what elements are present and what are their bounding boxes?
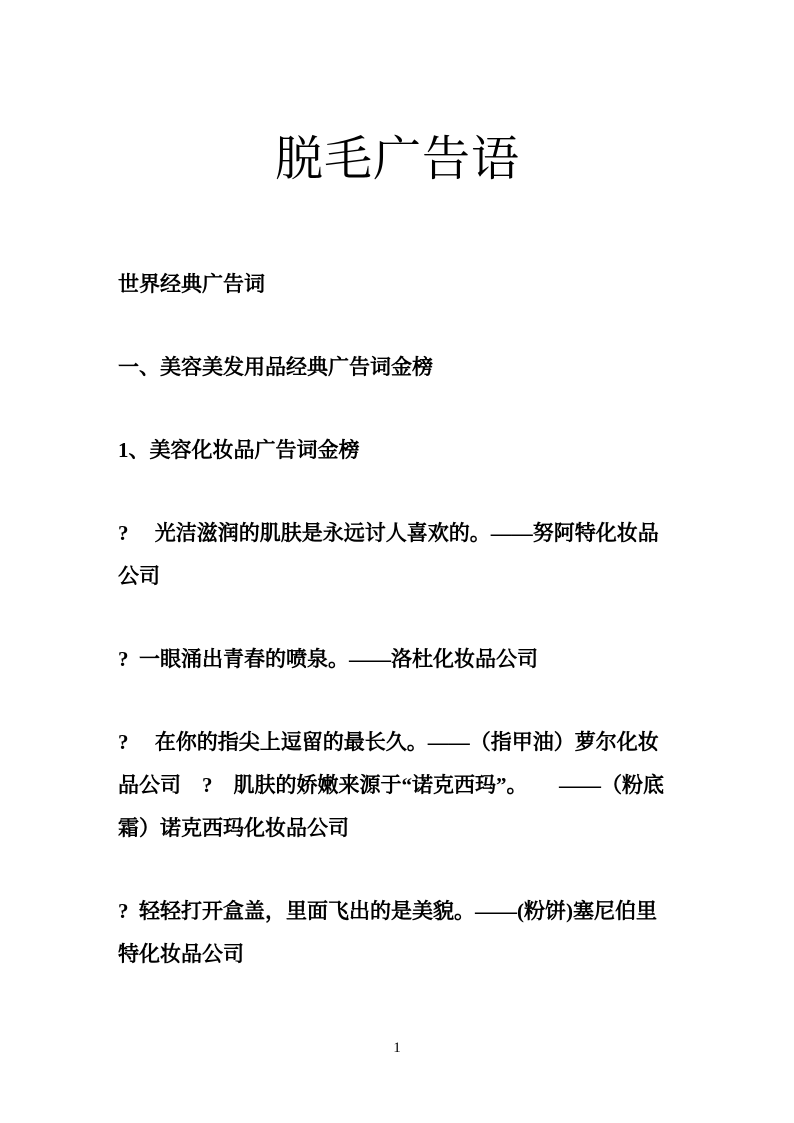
page-number: 1	[0, 1038, 794, 1058]
document-page: 脱毛广告语 世界经典广告词 一、美容美发用品经典广告词金榜 1、美容化妆品广告词…	[0, 0, 794, 1123]
slogan-paragraph-nuate: ? 光洁滋润的肌肤是永远讨人喜欢的。——努阿特化妆品 公司	[118, 512, 677, 598]
text-line: 特化妆品公司	[118, 933, 677, 976]
document-title: 脱毛广告语	[118, 130, 677, 190]
text-line: ? 一眼涌出青春的喷泉。——洛杜化妆品公司	[118, 638, 677, 681]
text-line: ? 光洁滋润的肌肤是永远讨人喜欢的。——努阿特化妆品	[118, 512, 677, 555]
heading-section-beauty-hair-products: 一、美容美发用品经典广告词金榜	[118, 346, 677, 389]
text-line: 公司	[118, 555, 677, 598]
slogan-paragraph-luoer-nuokexima: ? 在你的指尖上逗留的最长久。——（指甲油）萝尔化妆 品公司 ? 肌肤的娇嫩来源…	[118, 721, 677, 850]
text-line: 霜）诺克西玛化妆品公司	[118, 807, 677, 850]
heading-subsection-cosmetics-slogans: 1、美容化妆品广告词金榜	[118, 429, 677, 472]
text-line: ? 在你的指尖上逗留的最长久。——（指甲油）萝尔化妆	[118, 721, 677, 764]
heading-world-classic-slogans: 世界经典广告词	[118, 263, 677, 306]
document-content: 脱毛广告语 世界经典广告词 一、美容美发用品经典广告词金榜 1、美容化妆品广告词…	[0, 0, 794, 976]
text-line: 品公司 ? 肌肤的娇嫩来源于“诺克西玛”。 ——（粉底	[118, 764, 677, 807]
slogan-paragraph-sainiborite: ? 轻轻打开盒盖，里面飞出的是美貌。——(粉饼)塞尼伯里 特化妆品公司	[118, 890, 677, 976]
text-line: ? 轻轻打开盒盖，里面飞出的是美貌。——(粉饼)塞尼伯里	[118, 890, 677, 933]
slogan-paragraph-luodu: ? 一眼涌出青春的喷泉。——洛杜化妆品公司	[118, 638, 677, 681]
